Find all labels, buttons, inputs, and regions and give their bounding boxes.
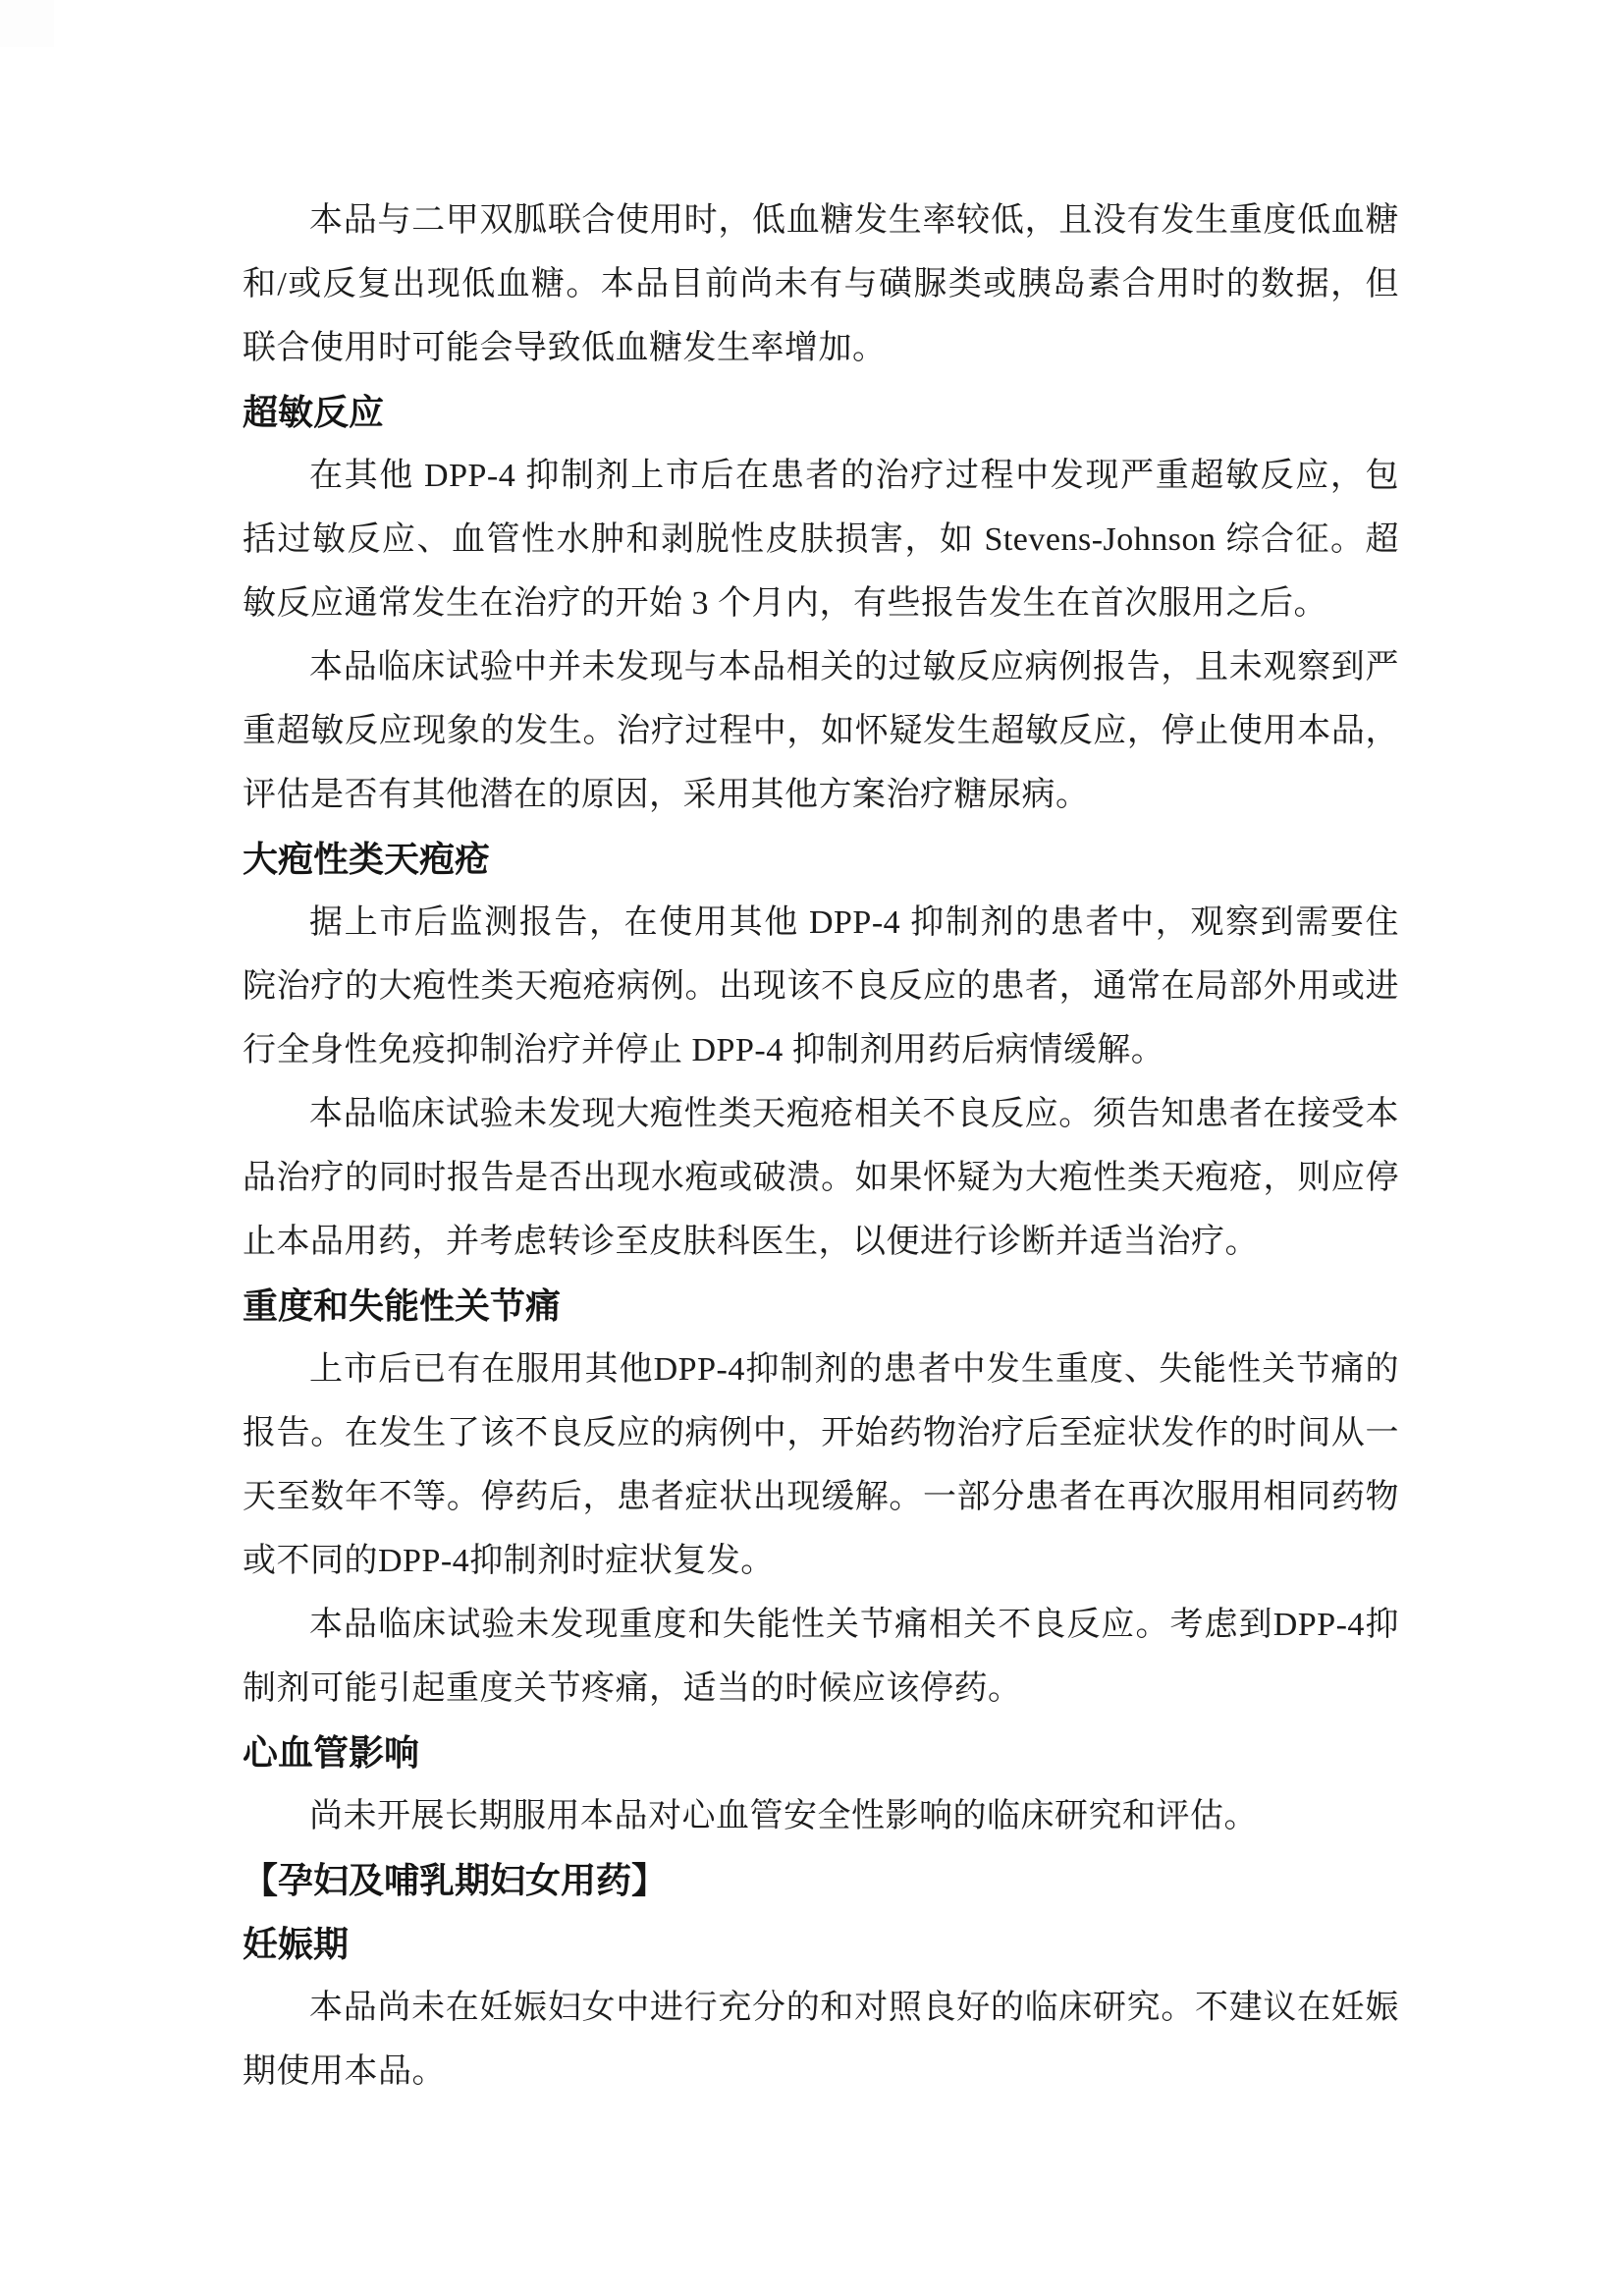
section-heading: 【孕妇及哺乳期妇女用药】	[243, 1848, 1399, 1912]
section-heading: 超敏反应	[243, 380, 1399, 444]
section-heading: 重度和失能性关节痛	[243, 1274, 1399, 1338]
body-paragraph: 在其他 DPP-4 抑制剂上市后在患者的治疗过程中发现严重超敏反应，包括过敏反应…	[243, 444, 1399, 635]
body-paragraph: 尚未开展长期服用本品对心血管安全性影响的临床研究和评估。	[243, 1784, 1399, 1848]
body-paragraph: 本品临床试验中并未发现与本品相关的过敏反应病例报告，且未观察到严重超敏反应现象的…	[243, 635, 1399, 827]
body-paragraph: 本品临床试验未发现重度和失能性关节痛相关不良反应。考虑到DPP-4抑制剂可能引起…	[243, 1593, 1399, 1721]
body-paragraph: 据上市后监测报告，在使用其他 DPP-4 抑制剂的患者中，观察到需要住院治疗的大…	[243, 891, 1399, 1082]
body-paragraph: 上市后已有在服用其他DPP-4抑制剂的患者中发生重度、失能性关节痛的报告。在发生…	[243, 1338, 1399, 1593]
body-paragraph: 本品与二甲双胍联合使用时，低血糖发生率较低，且没有发生重度低血糖和/或反复出现低…	[243, 189, 1399, 380]
section-heading: 大疱性类天疱疮	[243, 827, 1399, 891]
body-paragraph: 本品尚未在妊娠妇女中进行充分的和对照良好的临床研究。不建议在妊娠期使用本品。	[243, 1976, 1399, 2104]
section-heading: 妊娠期	[243, 1912, 1399, 1976]
scan-artifact	[0, 0, 54, 47]
body-paragraph: 本品临床试验未发现大疱性类天疱疮相关不良反应。须告知患者在接受本品治疗的同时报告…	[243, 1082, 1399, 1274]
document-content: 本品与二甲双胍联合使用时，低血糖发生率较低，且没有发生重度低血糖和/或反复出现低…	[243, 189, 1399, 2104]
document-page: 本品与二甲双胍联合使用时，低血糖发生率较低，且没有发生重度低血糖和/或反复出现低…	[0, 0, 1623, 2296]
section-heading: 心血管影响	[243, 1721, 1399, 1784]
